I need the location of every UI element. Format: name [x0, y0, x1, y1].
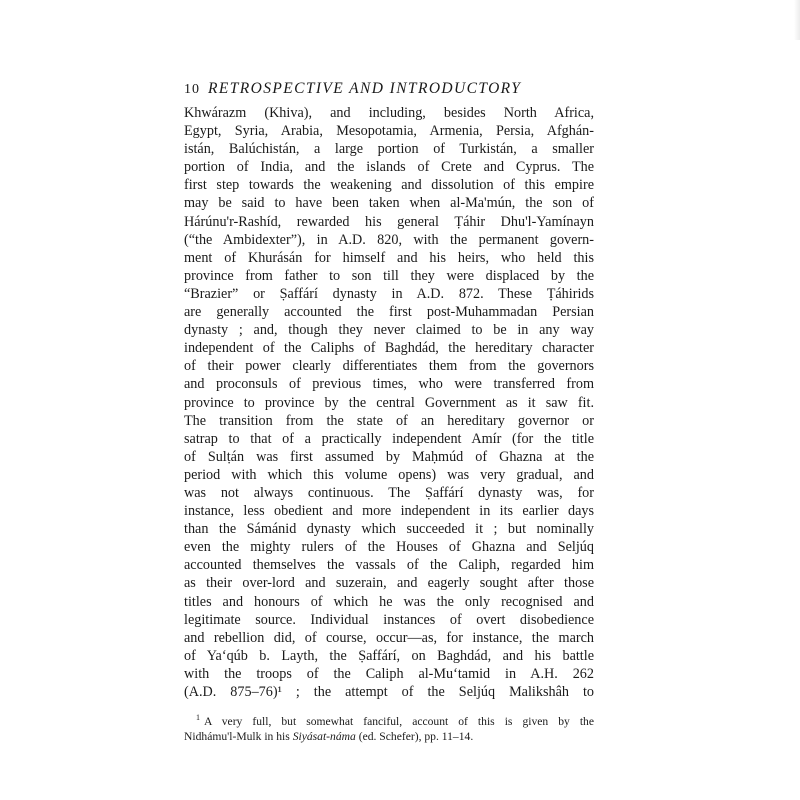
text-line: first step towards the weakening and dis…	[184, 176, 594, 194]
text-line: Hárúnu'r-Rashíd, rewarded his general Ṭá…	[184, 213, 594, 231]
text-line: of their power clearly differentiates th…	[184, 357, 594, 375]
page-edge-shadow	[794, 0, 800, 40]
text-line: titles and honours of which he was the o…	[184, 593, 594, 611]
body-text: Khwárazm (Khiva), and including, besides…	[184, 104, 594, 701]
footnote-book-title: Siyásat-náma	[293, 730, 356, 743]
text-line: and rebellion did, of course, occur—as, …	[184, 629, 594, 647]
footnote-line: 1A very full, but somewhat fanciful, acc…	[184, 710, 594, 729]
text-line: of Ya‘qúb b. Layth, the Ṣaffárí, on Bagh…	[184, 647, 594, 665]
book-page: 10 RETROSPECTIVE AND INTRODUCTORY Khwára…	[184, 80, 594, 745]
text-line: may be said to have been taken when al-M…	[184, 194, 594, 212]
text-line: dynasty ; and, though they never claimed…	[184, 321, 594, 339]
text-line: are generally accounted the first post-M…	[184, 303, 594, 321]
footnote-line: Nidhámu'l-Mulk in his Siyásat-náma (ed. …	[184, 729, 594, 745]
text-line: and proconsuls of previous times, who we…	[184, 375, 594, 393]
text-line: satrap to that of a practically independ…	[184, 430, 594, 448]
running-head: 10 RETROSPECTIVE AND INTRODUCTORY	[184, 80, 594, 104]
text-line: “Brazier” or Ṣaffárí dynasty in A.D. 872…	[184, 285, 594, 303]
text-line: (“the Ambidexter”), in A.D. 820, with th…	[184, 231, 594, 249]
footnote-text: Nidhámu'l-Mulk in his	[184, 730, 293, 743]
text-line: portion of India, and the islands of Cre…	[184, 158, 594, 176]
text-line: was not always continuous. The Ṣaffárí d…	[184, 484, 594, 502]
text-line: province to province by the central Gove…	[184, 394, 594, 412]
text-line: istán, Balúchistán, a large portion of T…	[184, 140, 594, 158]
text-line: accounted themselves the vassals of the …	[184, 556, 594, 574]
text-line: instance, less obedient and more indepen…	[184, 502, 594, 520]
text-line: ment of Khurásán for himself and his hei…	[184, 249, 594, 267]
text-line: even the mighty rulers of the Houses of …	[184, 538, 594, 556]
text-line: The transition from the state of an here…	[184, 412, 594, 430]
footnote-text: A very full, but somewhat fanciful, acco…	[204, 715, 594, 728]
text-line: than the Sámánid dynasty which succeeded…	[184, 520, 594, 538]
text-line: of Sulṭán was first assumed by Maḥmúd of…	[184, 448, 594, 466]
footnote-marker: 1	[196, 713, 200, 722]
text-line: legitimate source. Individual instances …	[184, 611, 594, 629]
text-line: period with which this volume opens) was…	[184, 466, 594, 484]
text-line: Egypt, Syria, Arabia, Mesopotamia, Armen…	[184, 122, 594, 140]
footnote: 1A very full, but somewhat fanciful, acc…	[184, 710, 594, 745]
text-line: as their over-lord and suzerain, and eag…	[184, 574, 594, 592]
page-number: 10	[184, 82, 200, 98]
footnote-text: (ed. Schefer), pp. 11–14.	[356, 730, 473, 743]
text-line: independent of the Caliphs of Baghdád, t…	[184, 339, 594, 357]
text-line: (A.D. 875–76)¹ ; the attempt of the Selj…	[184, 683, 594, 701]
text-line: province from father to son till they we…	[184, 267, 594, 285]
running-title: RETROSPECTIVE AND INTRODUCTORY	[208, 80, 594, 98]
text-line: with the troops of the Caliph al-Mu‘tami…	[184, 665, 594, 683]
text-line: Khwárazm (Khiva), and including, besides…	[184, 104, 594, 122]
